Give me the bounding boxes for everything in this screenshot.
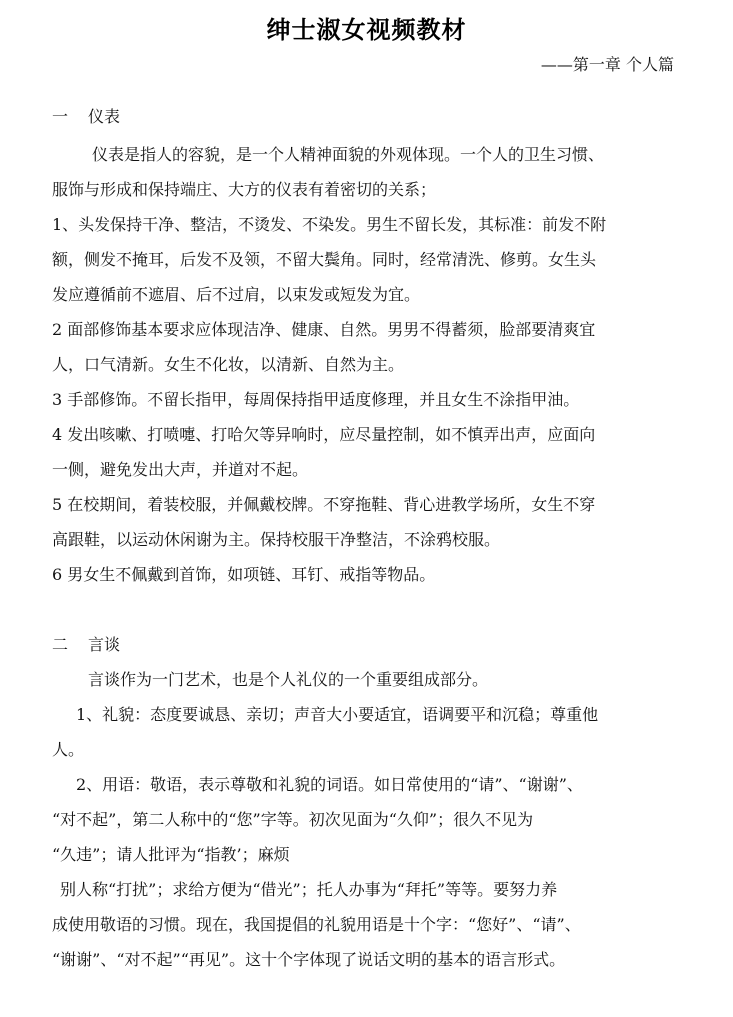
list-item-line: 高跟鞋，以运动休闲谢为主。保持校服干净整洁，不涂鸦校服。	[52, 529, 500, 551]
list-item-line: 人。	[52, 739, 84, 761]
paragraph-line: 仪表是指人的容貌，是一个人精神面貌的外观体现。一个人的卫生习惯、	[92, 144, 604, 166]
list-item-line: 成使用敬语的习惯。现在，我国提倡的礼貌用语是十个字：“您好”、“请”、	[52, 914, 581, 936]
paragraph-line: 服饰与形成和保持端庄、大方的仪表有着密切的关系；	[52, 179, 436, 201]
section-heading-speech: 二言谈	[52, 634, 120, 656]
list-item-line: 4 发出咳嗽、打喷嚏、打哈欠等异响时，应尽量控制，如不慎弄出声，应面向	[52, 424, 595, 446]
list-item-line: 3 手部修饰。不留长指甲，每周保持指甲适度修理，并且女生不涂指甲油。	[52, 389, 579, 411]
list-item-line: “对不起”，第二人称中的“您”字等。初次见面为“久仰”；很久不见为	[52, 809, 533, 831]
section-number: 二	[52, 634, 88, 656]
list-item-line: 额，侧发不掩耳，后发不及领，不留大鬓角。同时，经常清洗、修剪。女生头	[52, 249, 596, 271]
list-item-line: “谢谢”、“对不起”“再见”。这十个字体现了说话文明的基本的语言形式。	[52, 949, 565, 971]
document-page: 绅士淑女视频教材 ——第一章 个人篇 一仪表 仪表是指人的容貌，是一个人精神面貌…	[0, 0, 733, 1017]
list-item-line: 2 面部修饰基本要求应体现洁净、健康、自然。男男不得蓄须，脸部要清爽宜	[52, 319, 595, 341]
list-item-line: 人，口气清新。女生不化妆，以清新、自然为主。	[52, 354, 404, 376]
section-number: 一	[52, 106, 88, 128]
chapter-subtitle: ——第一章 个人篇	[541, 54, 674, 76]
list-item-line: 1、头发保持干净、整洁，不烫发、不染发。男生不留长发，其标准：前发不附	[52, 214, 606, 236]
section-heading-appearance: 一仪表	[52, 106, 120, 128]
paragraph-line: 言谈作为一门艺术，也是个人礼仪的一个重要组成部分。	[88, 669, 488, 691]
list-item-line: 2、用语：敬语，表示尊敬和礼貌的词语。如日常使用的“请”、“谢谢”、	[76, 774, 583, 796]
document-title: 绅士淑女视频教材	[0, 14, 733, 46]
list-item-line: 5 在校期间，着装校服，并佩戴校牌。不穿拖鞋、背心进教学场所，女生不穿	[52, 494, 595, 516]
list-item-line: 发应遵循前不遮眉、后不过肩，以束发或短发为宜。	[52, 284, 420, 306]
list-item-line: 别人称“打扰”；求给方便为“借光”；托人办事为“拜托”等等。要努力养	[60, 879, 557, 901]
section-title: 仪表	[88, 107, 120, 126]
list-item-line: 一侧，避免发出大声，并道对不起。	[52, 459, 308, 481]
list-item-line: 6 男女生不佩戴到首饰，如项链、耳钉、戒指等物品。	[52, 564, 435, 586]
section-title: 言谈	[88, 635, 120, 654]
list-item-line: 1、礼貌：态度要诚恳、亲切；声音大小要适宜，语调要平和沉稳；尊重他	[76, 704, 598, 726]
list-item-line: “久违”；请人批评为“指教’；麻烦	[52, 844, 290, 866]
